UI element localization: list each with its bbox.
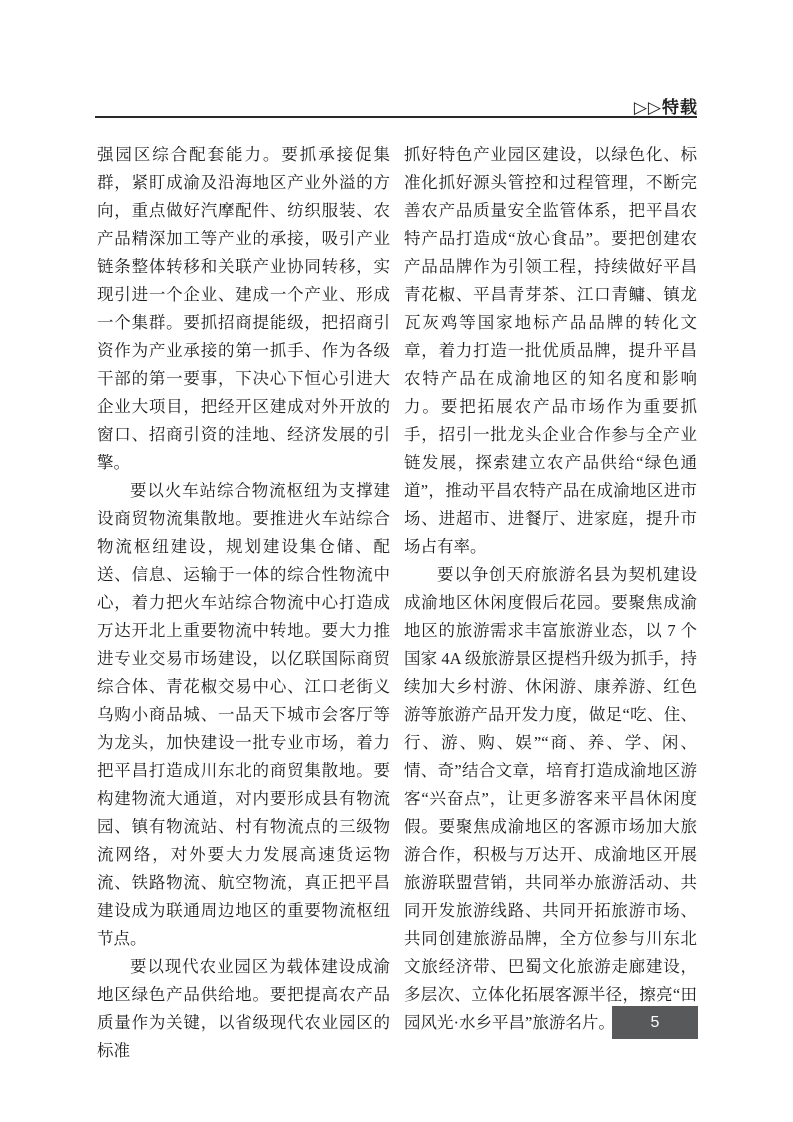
header-rule — [95, 116, 697, 118]
page-number: 5 — [651, 1014, 660, 1032]
paragraph: 要以火车站综合物流枢纽为支撑建设商贸物流集散地。要推进火车站综合物流枢纽建设，规… — [97, 477, 390, 953]
column-right: 抓好特色产业园区建设，以绿色化、标准化抓好源头管控和过程管理，不断完善农产品质量… — [404, 141, 697, 1065]
section-header-label: ▷▷特载 — [634, 93, 698, 118]
paragraph: 强园区综合配套能力。要抓承接促集群，紧盯成渝及沿海地区产业外溢的方向，重点做好汽… — [97, 141, 390, 477]
paragraph: 抓好特色产业园区建设，以绿色化、标准化抓好源头管控和过程管理，不断完善农产品质量… — [404, 141, 697, 561]
column-left: 强园区综合配套能力。要抓承接促集群，紧盯成渝及沿海地区产业外溢的方向，重点做好汽… — [97, 141, 390, 1065]
paragraph: 要以现代农业园区为载体建设成渝地区绿色产品供给地。要把提高农产品质量作为关键，以… — [97, 953, 390, 1065]
document-page: ▷▷特载 强园区综合配套能力。要抓承接促集群，紧盯成渝及沿海地区产业外溢的方向，… — [0, 0, 793, 1122]
page-number-badge: 5 — [612, 1006, 698, 1039]
body-columns: 强园区综合配套能力。要抓承接促集群，紧盯成渝及沿海地区产业外溢的方向，重点做好汽… — [97, 141, 697, 1065]
paragraph: 要以争创天府旅游名县为契机建设成渝地区休闲度假后花园。要聚焦成渝地区的旅游需求丰… — [404, 561, 697, 1037]
